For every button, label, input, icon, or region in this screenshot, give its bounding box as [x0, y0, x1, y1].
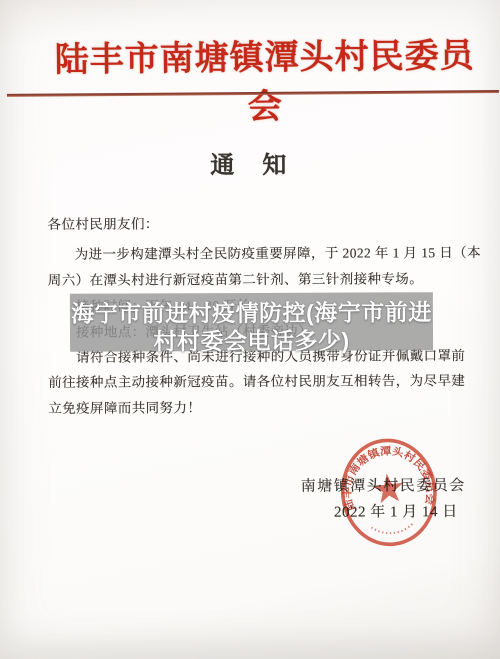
body-line-2: 周六）在潭头村进行新冠疫苗第二针剂、第三针剂接种专场。: [48, 267, 423, 289]
org-banner-title: 陆丰市南塘镇潭头村民委员会: [38, 28, 491, 131]
official-seal: 陆丰市南塘镇潭头村民委员会: [328, 430, 450, 553]
salutation: 各位村民朋友们：: [47, 212, 158, 232]
document: 陆丰市南塘镇潭头村民委员会 通 知 各位村民朋友们： 为进一步构建潭头村全民防疫…: [0, 0, 500, 659]
caption-line-2: 村村委会电话多少): [70, 322, 433, 357]
body-line-7: 立免疫屏障而共同努力！: [48, 396, 201, 417]
notice-photo: 陆丰市南塘镇潭头村民委员会 通 知 各位村民朋友们： 为进一步构建潭头村全民防疫…: [0, 0, 500, 659]
body-line-1: 为进一步构建潭头村全民防疫重要屏障，于 2022 年 1 月 15 日（本: [75, 241, 481, 263]
body-line-6: 前往接种点主动接种新冠疫苗。请各位村民朋友互相转告，为尽早建: [48, 369, 465, 391]
overlay-caption: 海宁市前进村疫情防控(海宁市前进 村村委会电话多少): [70, 292, 433, 352]
seal-star-icon: [372, 472, 405, 504]
notice-title: 通 知: [0, 144, 499, 181]
seal-bottom-dots: [372, 523, 415, 535]
